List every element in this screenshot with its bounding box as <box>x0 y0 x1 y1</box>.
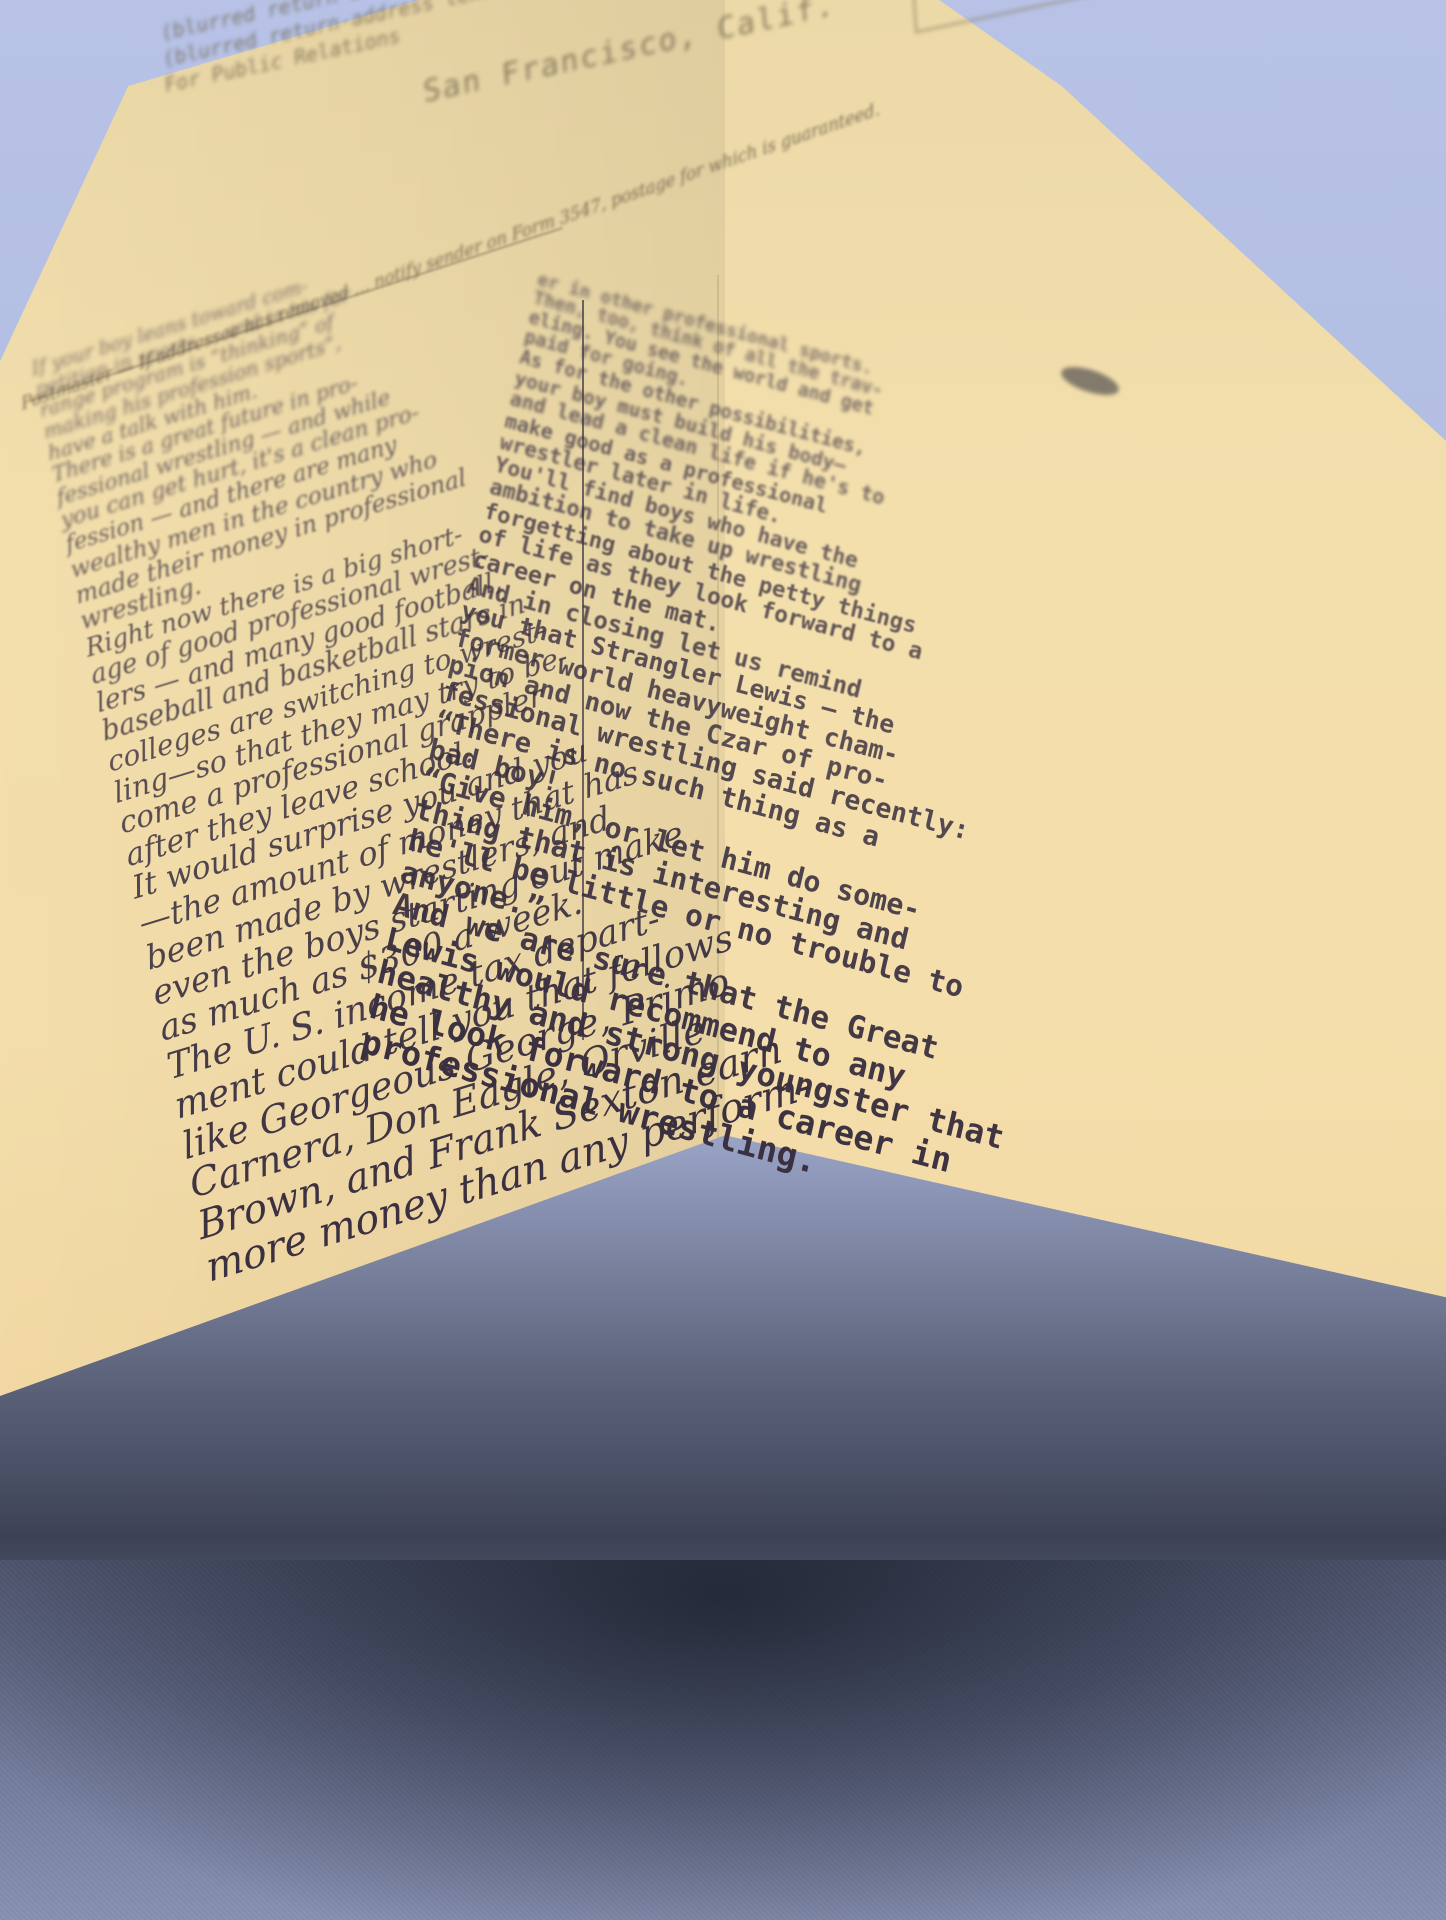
fabric-background <box>0 1560 1446 1920</box>
postage-permit-box <box>908 0 1111 33</box>
